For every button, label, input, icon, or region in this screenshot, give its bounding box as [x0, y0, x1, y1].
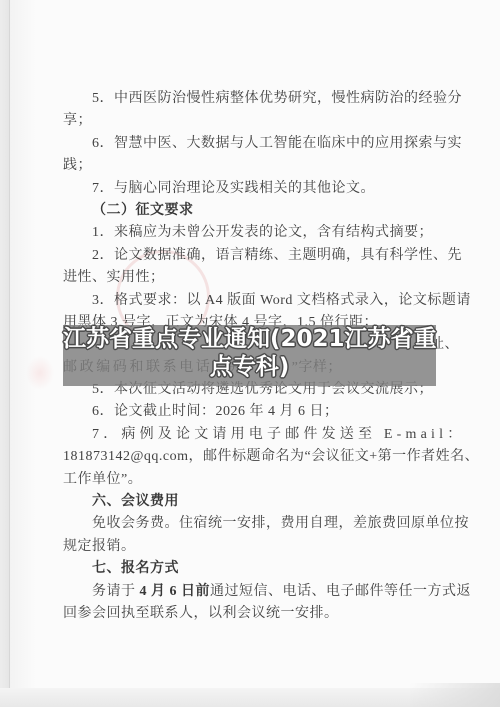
title-overlay-banner: 江苏省重点专业通知(2021江苏省重 点专科)	[63, 325, 436, 386]
page-left-inner-shade	[10, 0, 36, 707]
doc-line: 免收会务费。住宿统一安排，费用自理，差旅费回原单位按	[63, 513, 444, 535]
page-corner-shade	[410, 683, 500, 707]
doc-line: 6．智慧中医、大数据与人工智能在临床中的应用探索与实	[63, 133, 444, 155]
section-heading: 七、报名方式	[63, 558, 444, 580]
doc-line: 3．格式要求：以 A4 版面 Word 文档格式录入，论文标题请	[63, 290, 444, 312]
doc-line: 回参会回执至联系人，以利会议统一安排。	[63, 603, 444, 625]
doc-line: 6．论文截止时间：2026 年 4 月 6 日；	[63, 401, 444, 423]
page-left-edge	[0, 0, 10, 707]
line-prefix: 务请于	[92, 584, 140, 599]
overlay-title: 江苏省重点专业通知(2021江苏省重 点专科)	[63, 326, 436, 381]
section-heading: （二）征文要求	[63, 200, 444, 222]
doc-line: 务请于 4 月 6 日前通过短信、电话、电子邮件等任一方式返	[63, 581, 444, 603]
line-suffix: 通过短信、电话、电子邮件等任一方式返	[210, 584, 471, 599]
doc-line: 工作单位”。	[63, 469, 444, 491]
doc-line: 2．论文数据准确，语言精练、主题明确，具有科学性、先	[63, 245, 444, 267]
overlay-title-line1: 江苏省重点专业通知(2021江苏省重	[63, 326, 436, 354]
doc-line: 1．来稿应为未曾公开发表的论文，含有结构式摘要；	[63, 222, 444, 244]
doc-line: 践；	[63, 155, 444, 177]
doc-line: 规定报销。	[63, 536, 444, 558]
doc-line: 5．中西医防治慢性病整体优势研究，慢性病防治的经验分	[63, 88, 444, 110]
overlay-title-line2: 点专科)	[63, 354, 436, 382]
doc-line: 享；	[63, 110, 444, 132]
seal-smudge-icon	[26, 356, 54, 390]
deadline-bold-text: 4 月 6 日前	[140, 584, 211, 599]
doc-line: 进性、实用性；	[63, 267, 444, 289]
section-heading: 六、会议费用	[63, 491, 444, 513]
doc-line: 7．病例及论文请用电子邮件发送至 E-mail：	[63, 424, 444, 446]
doc-line: 7．与脑心同治理论及实践相关的其他论文。	[63, 178, 444, 200]
doc-line-email: 181873142@qq.com，邮件标题命名为“会议征文+第一作者姓名、	[63, 446, 444, 468]
scanned-page: 5．中西医防治慢性病整体优势研究，慢性病防治的经验分 享； 6．智慧中医、大数据…	[0, 0, 500, 707]
